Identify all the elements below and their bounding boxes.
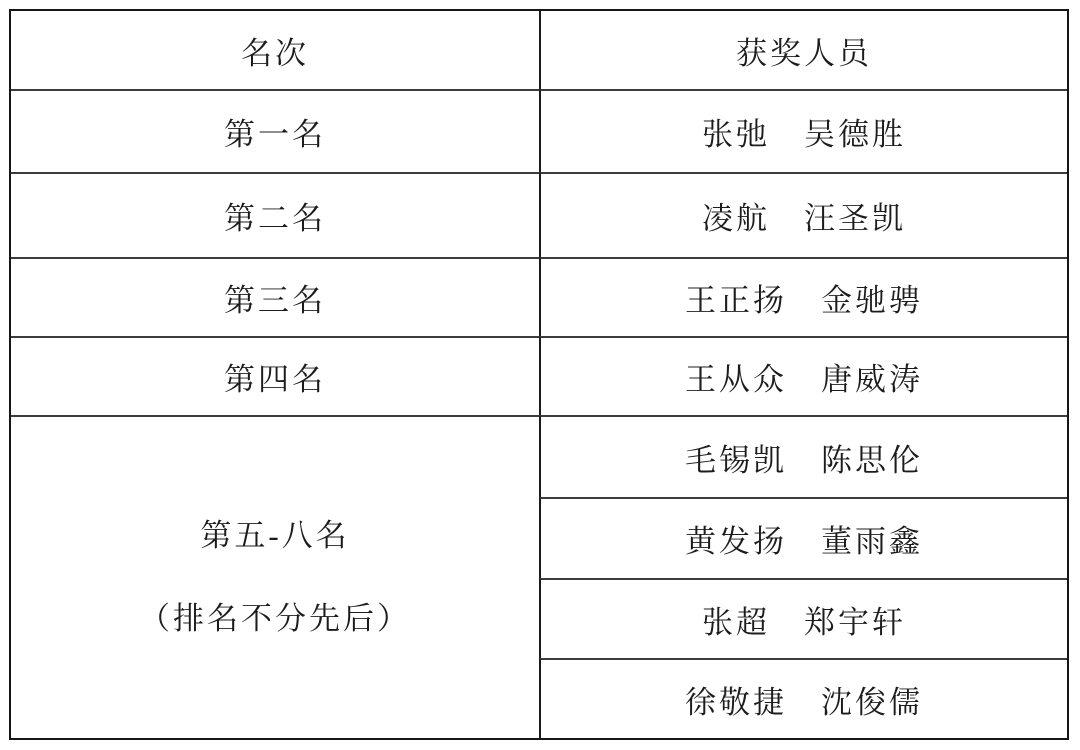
- merged-rank-title: 第五-八名: [200, 519, 349, 553]
- winners-subcell-3: 张超 郑宇轩: [539, 578, 1067, 658]
- winners-header-cell: 获奖人员: [539, 11, 1067, 89]
- rank-cell-1: 第一名: [11, 89, 539, 172]
- merged-rank-cell: 第五-八名 （排名不分先后）: [11, 415, 539, 738]
- rank-cell-2: 第二名: [11, 172, 539, 257]
- rank-cell-3: 第三名: [11, 257, 539, 336]
- winners-subcell-2: 黄发扬 董雨鑫: [539, 497, 1067, 578]
- winners-cell-1: 张弛 吴德胜: [539, 89, 1067, 172]
- winners-subcell-1: 毛锡凯 陈思伦: [539, 415, 1067, 497]
- winners-subcell-4: 徐敬捷 沈俊儒: [539, 658, 1067, 738]
- rank-header-cell: 名次: [11, 11, 539, 89]
- merged-rank-note: （排名不分先后）: [139, 602, 411, 636]
- winners-cell-3: 王正扬 金驰骋: [539, 257, 1067, 336]
- winners-cell-2: 凌航 汪圣凯: [539, 172, 1067, 257]
- document-page: 名次 获奖人员 第一名 张弛 吴德胜 第二名 凌航 汪圣凯 第三名 王正扬 金驰…: [0, 0, 1080, 750]
- winners-cell-4: 王从众 唐威涛: [539, 336, 1067, 415]
- awards-table: 名次 获奖人员 第一名 张弛 吴德胜 第二名 凌航 汪圣凯 第三名 王正扬 金驰…: [9, 9, 1069, 740]
- rank-cell-4: 第四名: [11, 336, 539, 415]
